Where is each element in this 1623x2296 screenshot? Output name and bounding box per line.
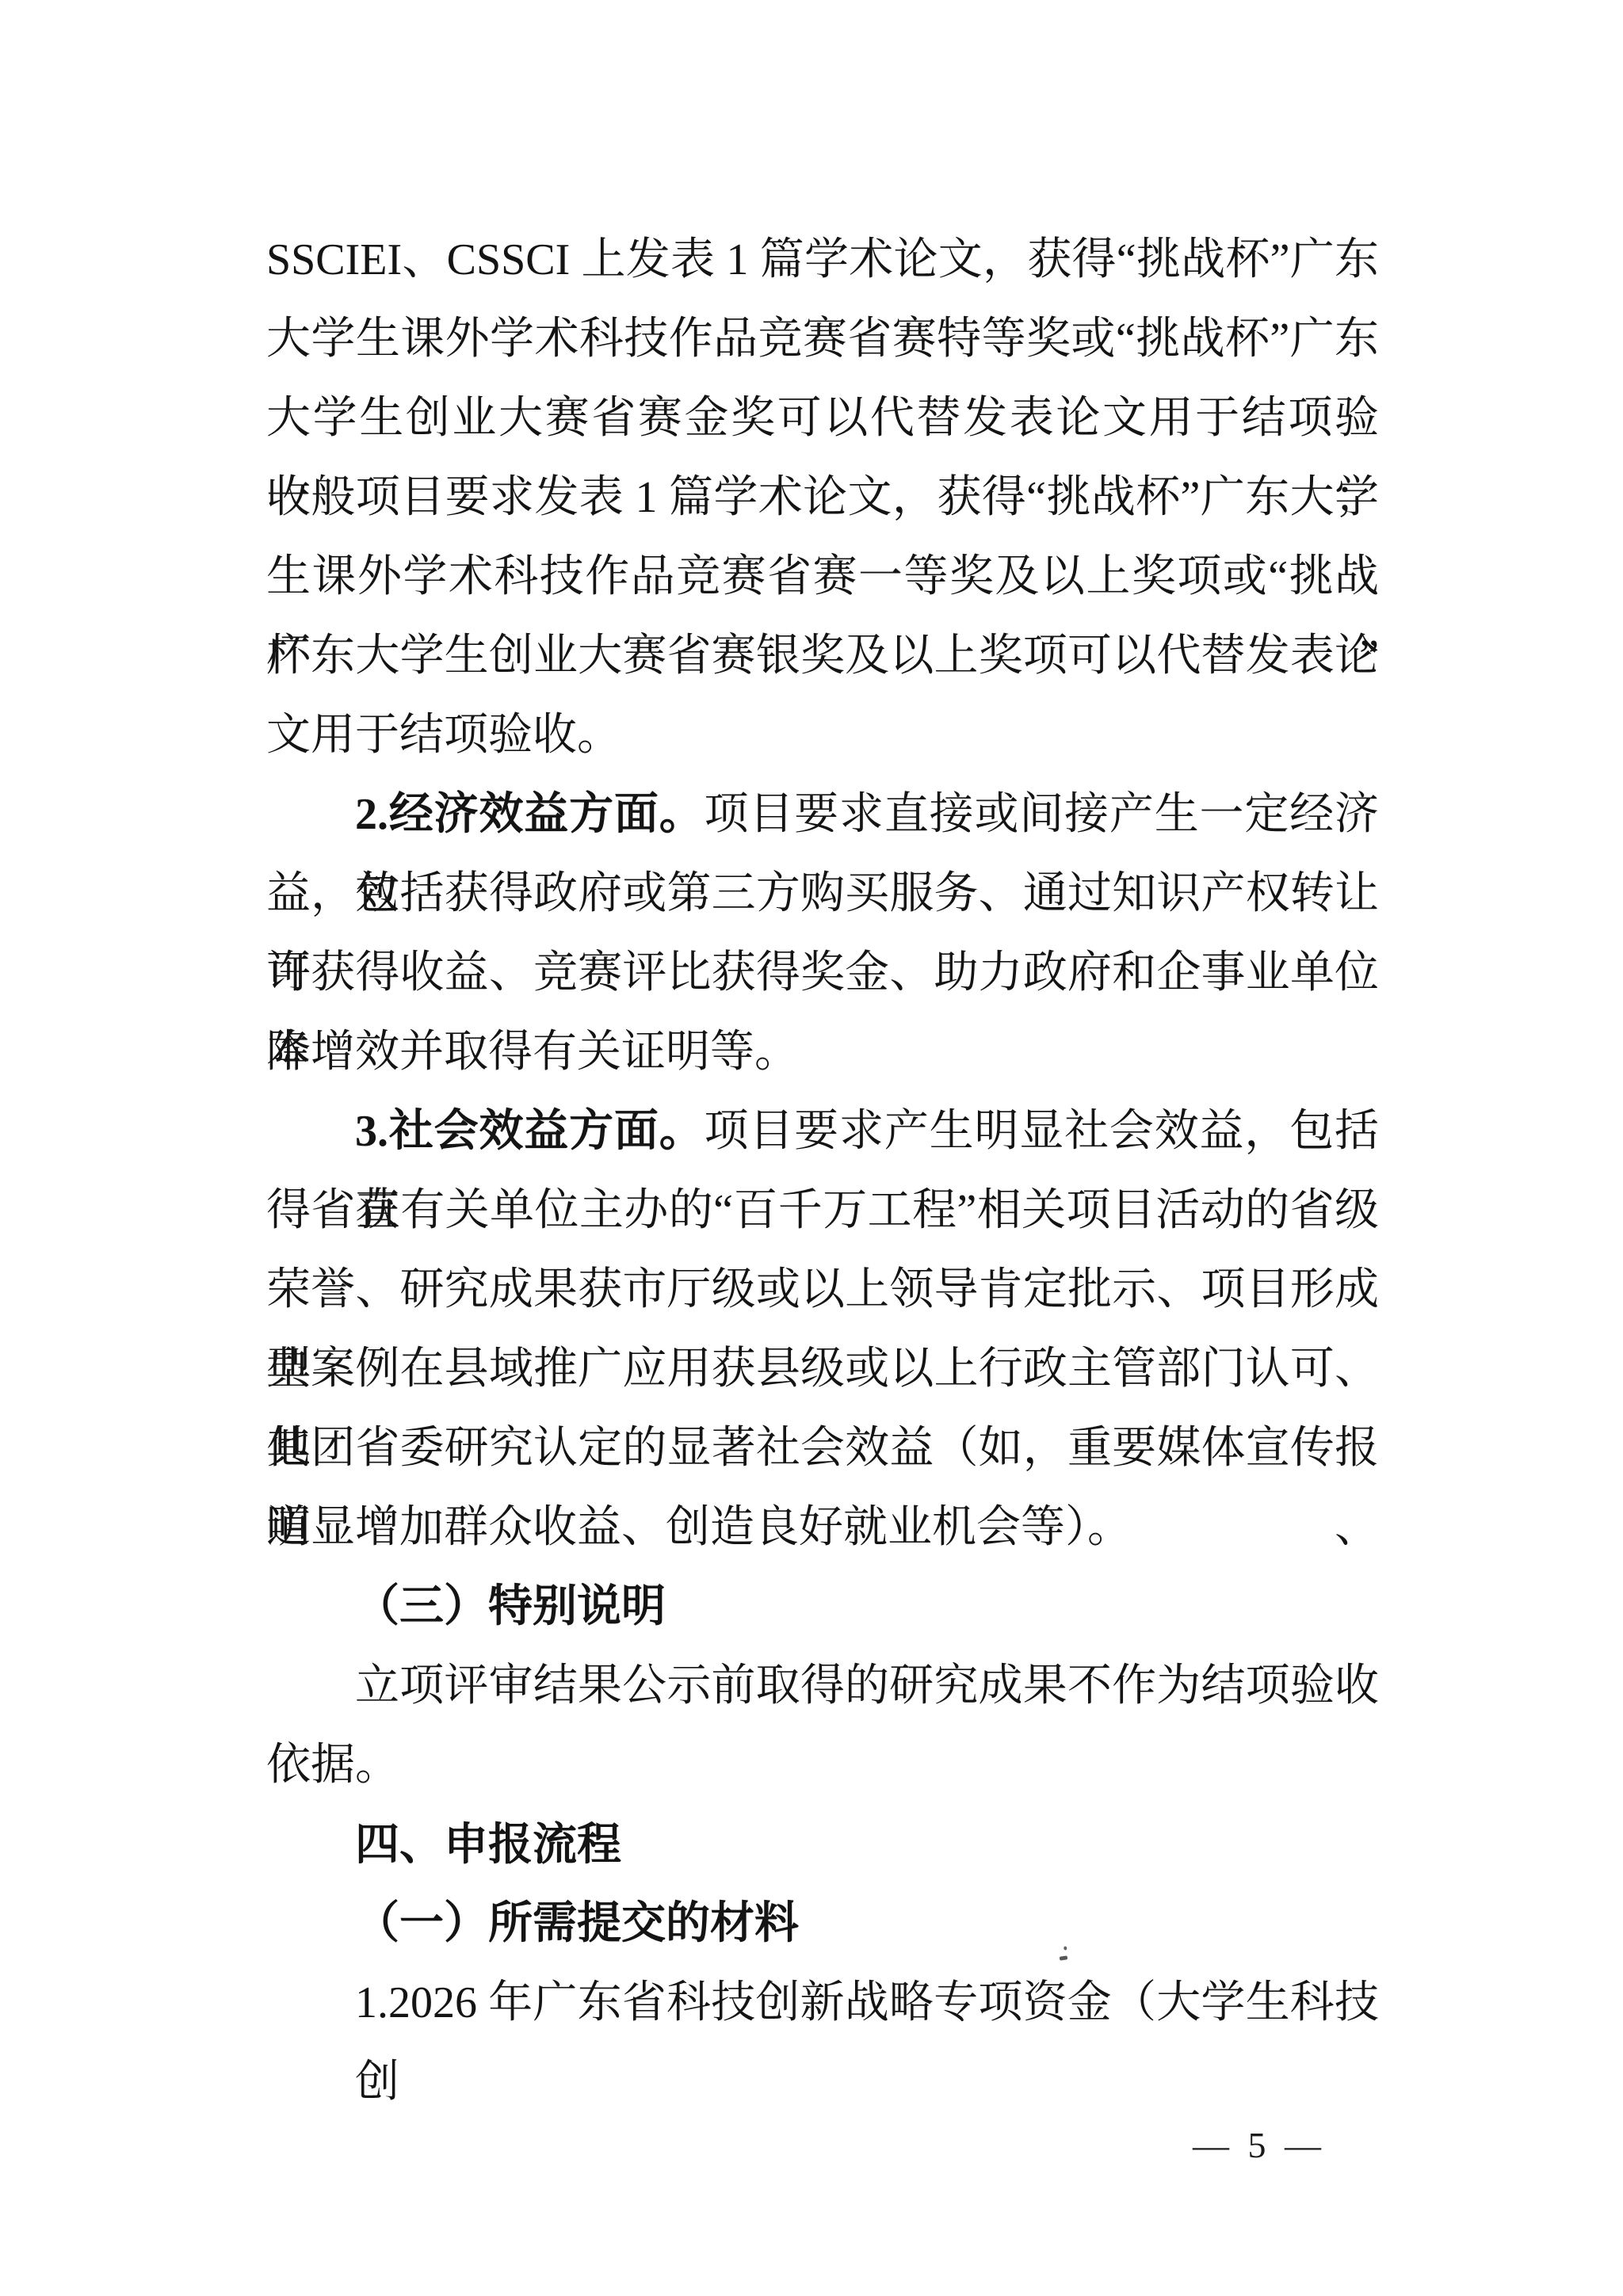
text-line: 立项评审结果公示前取得的研究成果不作为结项验收 bbox=[266, 1646, 1379, 1726]
text-line: 得省直有关单位主办的“百千万工程”相关项目活动的省级 bbox=[266, 1171, 1379, 1250]
body-text: 一般项目要求发表 1 篇学术论文，获得“挑战杯”广东大学 bbox=[266, 473, 1379, 522]
body-text: 依据。 bbox=[266, 1741, 399, 1790]
body-text: （一）所需提交的材料 bbox=[355, 1899, 799, 1948]
body-text: 本增效并取得有关证明等。 bbox=[266, 1028, 799, 1077]
text-line: （一）所需提交的材料 bbox=[266, 1884, 1379, 1963]
text-line: 荣誉、研究成果获市厅级或以上领导肯定批示、项目形成典 bbox=[266, 1250, 1379, 1329]
body-text: 文用于结项验收。 bbox=[266, 711, 621, 760]
text-line: 3.社会效益方面。项目要求产生明显社会效益，包括获 bbox=[266, 1092, 1379, 1171]
emphasis-text: 2.经济效益方面。 bbox=[355, 790, 705, 839]
text-line: 1.2026 年广东省科技创新战略专项资金（大学生科技创 bbox=[266, 1963, 1379, 2042]
document-page: SSCIEI、CSSCI 上发表 1 篇学术论文，获得“挑战杯”广东大学生课外学… bbox=[0, 0, 1623, 2296]
body-text: 广东大学生创业大赛省赛银奖及以上奖项可以代替发表论 bbox=[266, 631, 1379, 681]
text-line: SSCIEI、CSSCI 上发表 1 篇学术论文，获得“挑战杯”广东 bbox=[266, 220, 1379, 299]
text-line: 四、申报流程 bbox=[266, 1805, 1379, 1884]
body-text: 立项评审结果公示前取得的研究成果不作为结项验收 bbox=[355, 1661, 1379, 1711]
body-text: 明显增加群众收益、创造良好就业机会等）。 bbox=[266, 1503, 1132, 1552]
text-line: 大学生课外学术科技作品竞赛省赛特等奖或“挑战杯”广东 bbox=[266, 299, 1379, 379]
emphasis-text: 3.社会效益方面。 bbox=[355, 1107, 705, 1156]
text-line: （三）特别说明 bbox=[266, 1567, 1379, 1646]
text-line: 生课外学术科技作品竞赛省赛一等奖及以上奖项或“挑战杯” bbox=[266, 537, 1379, 616]
body-text: SSCIEI、CSSCI 上发表 1 篇学术论文，获得“挑战杯”广东 bbox=[266, 235, 1379, 284]
body-text: （三）特别说明 bbox=[355, 1582, 666, 1631]
body-text: 1.2026 年广东省科技创新战略专项资金（大学生科技创 bbox=[355, 1978, 1379, 2107]
text-line: 2.经济效益方面。项目要求直接或间接产生一定经济效 bbox=[266, 775, 1379, 854]
document-body: SSCIEI、CSSCI 上发表 1 篇学术论文，获得“挑战杯”广东大学生课外学… bbox=[266, 220, 1379, 2042]
text-line: 大学生创业大赛省赛金奖可以代替发表论文用于结项验收； bbox=[266, 379, 1379, 458]
text-line: 可获得收益、竞赛评比获得奖金、助力政府和企事业单位降 bbox=[266, 933, 1379, 1013]
text-line: 广东大学生创业大赛省赛银奖及以上奖项可以代替发表论 bbox=[266, 616, 1379, 696]
body-text: 得省直有关单位主办的“百千万工程”相关项目活动的省级 bbox=[266, 1186, 1379, 1235]
page-number: — 5 — bbox=[1193, 2122, 1326, 2169]
emphasis-text: 四、申报流程 bbox=[355, 1819, 621, 1869]
text-line: 本增效并取得有关证明等。 bbox=[266, 1013, 1379, 1092]
text-line: 他团省委研究认定的显著社会效益（如，重要媒体宣传报道、 bbox=[266, 1409, 1379, 1488]
text-line: 依据。 bbox=[266, 1726, 1379, 1805]
text-line: 型案例在县域推广应用获县级或以上行政主管部门认可、其 bbox=[266, 1329, 1379, 1409]
text-line: 益，包括获得政府或第三方购买服务、通过知识产权转让许 bbox=[266, 854, 1379, 933]
text-line: 一般项目要求发表 1 篇学术论文，获得“挑战杯”广东大学 bbox=[266, 458, 1379, 537]
body-text: 大学生课外学术科技作品竞赛省赛特等奖或“挑战杯”广东 bbox=[266, 315, 1379, 364]
text-line: 文用于结项验收。 bbox=[266, 696, 1379, 775]
